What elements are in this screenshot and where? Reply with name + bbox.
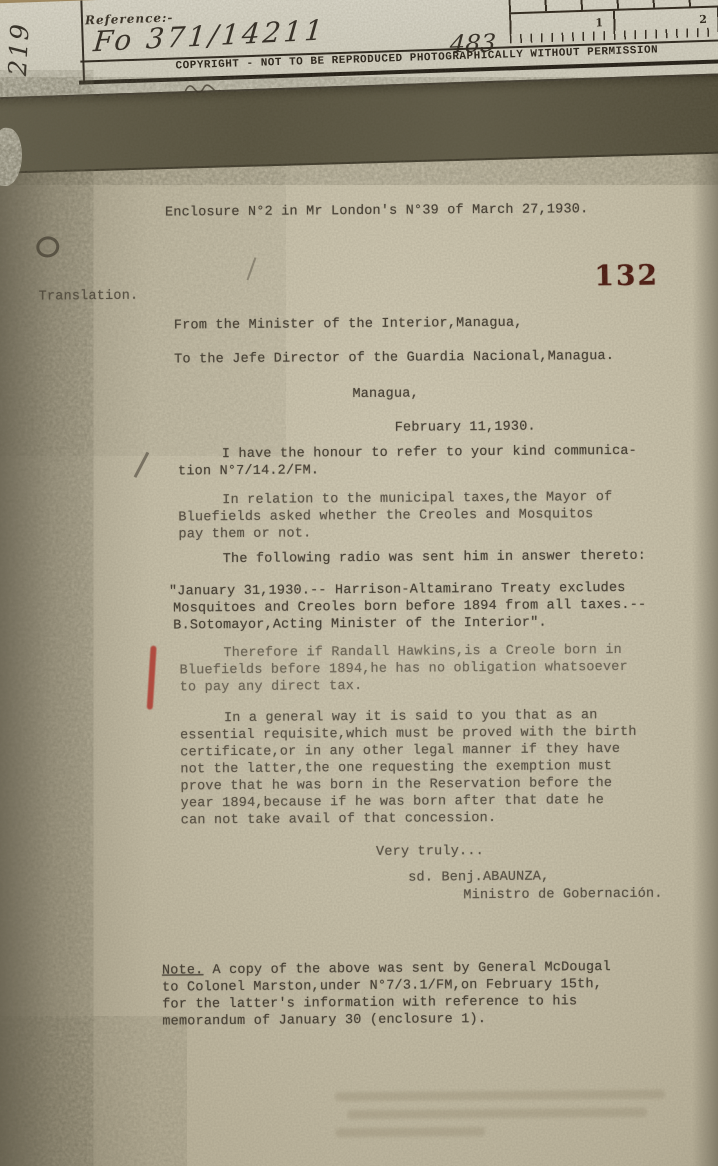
translation-label: Translation. [39, 289, 139, 306]
para-relation-line: Bluefields asked whether the Creoles and… [178, 507, 593, 527]
ring-mark [35, 235, 61, 260]
scanned-document: 219 Reference:- Fo 371/14211 483 1 2 COP… [0, 0, 718, 1166]
para-therefore-line: to pay any direct tax. [180, 679, 363, 697]
pencil-slash [246, 257, 256, 280]
signature-name: sd. Benj.ABAUNZA, [408, 870, 549, 888]
letter-place-line: Managua, [352, 387, 419, 404]
pencil-slash [134, 452, 149, 478]
para-relation-line: pay them or not. [178, 526, 311, 544]
bleedthrough-text [335, 1127, 485, 1137]
quote-line: B.Sotomayor,Acting Minister of the Inter… [173, 616, 547, 635]
letter-from-line: From the Minister of the Interior,Managu… [174, 316, 523, 335]
signature-title: Ministro de Gobernación. [463, 887, 662, 905]
note-line: memorandum of January 30 (enclosure 1). [162, 1012, 486, 1031]
letter-to-line: To the Jefe Director of the Guardia Naci… [174, 349, 614, 369]
closing-line: Very truly... [376, 844, 484, 861]
note-line: for the latter's information with refere… [162, 994, 577, 1014]
para-radio-line: The following radio was sent him in answ… [223, 549, 646, 569]
enclosure-line: Enclosure N°2 in Mr London's N°39 of Mar… [165, 202, 588, 222]
note-label: Note. [162, 963, 204, 978]
folio-stamp: 132 [594, 261, 659, 290]
letter-body: 132 Enclosure N°2 in Mr London's N°39 of… [0, 0, 718, 1166]
para-general-line: year 1894,because if he was born after t… [181, 793, 604, 813]
para-therefore-line: Bluefields before 1894,he has no obligat… [180, 660, 628, 680]
para-general-line: can not take avail of that concession. [181, 811, 497, 830]
quote-line: Mosquitoes and Creoles born before 1894 … [173, 598, 646, 618]
bleedthrough-text [335, 1090, 665, 1102]
para-honour-line: tion N°7/14.2/FM. [178, 463, 319, 481]
bleedthrough-text [347, 1108, 647, 1119]
para-honour-line: I have the honour to refer to your kind … [222, 444, 637, 464]
note-text: A copy of the above was sent by General … [212, 960, 611, 978]
letter-date-line: February 11,1930. [395, 420, 536, 438]
red-margin-mark [147, 646, 157, 710]
